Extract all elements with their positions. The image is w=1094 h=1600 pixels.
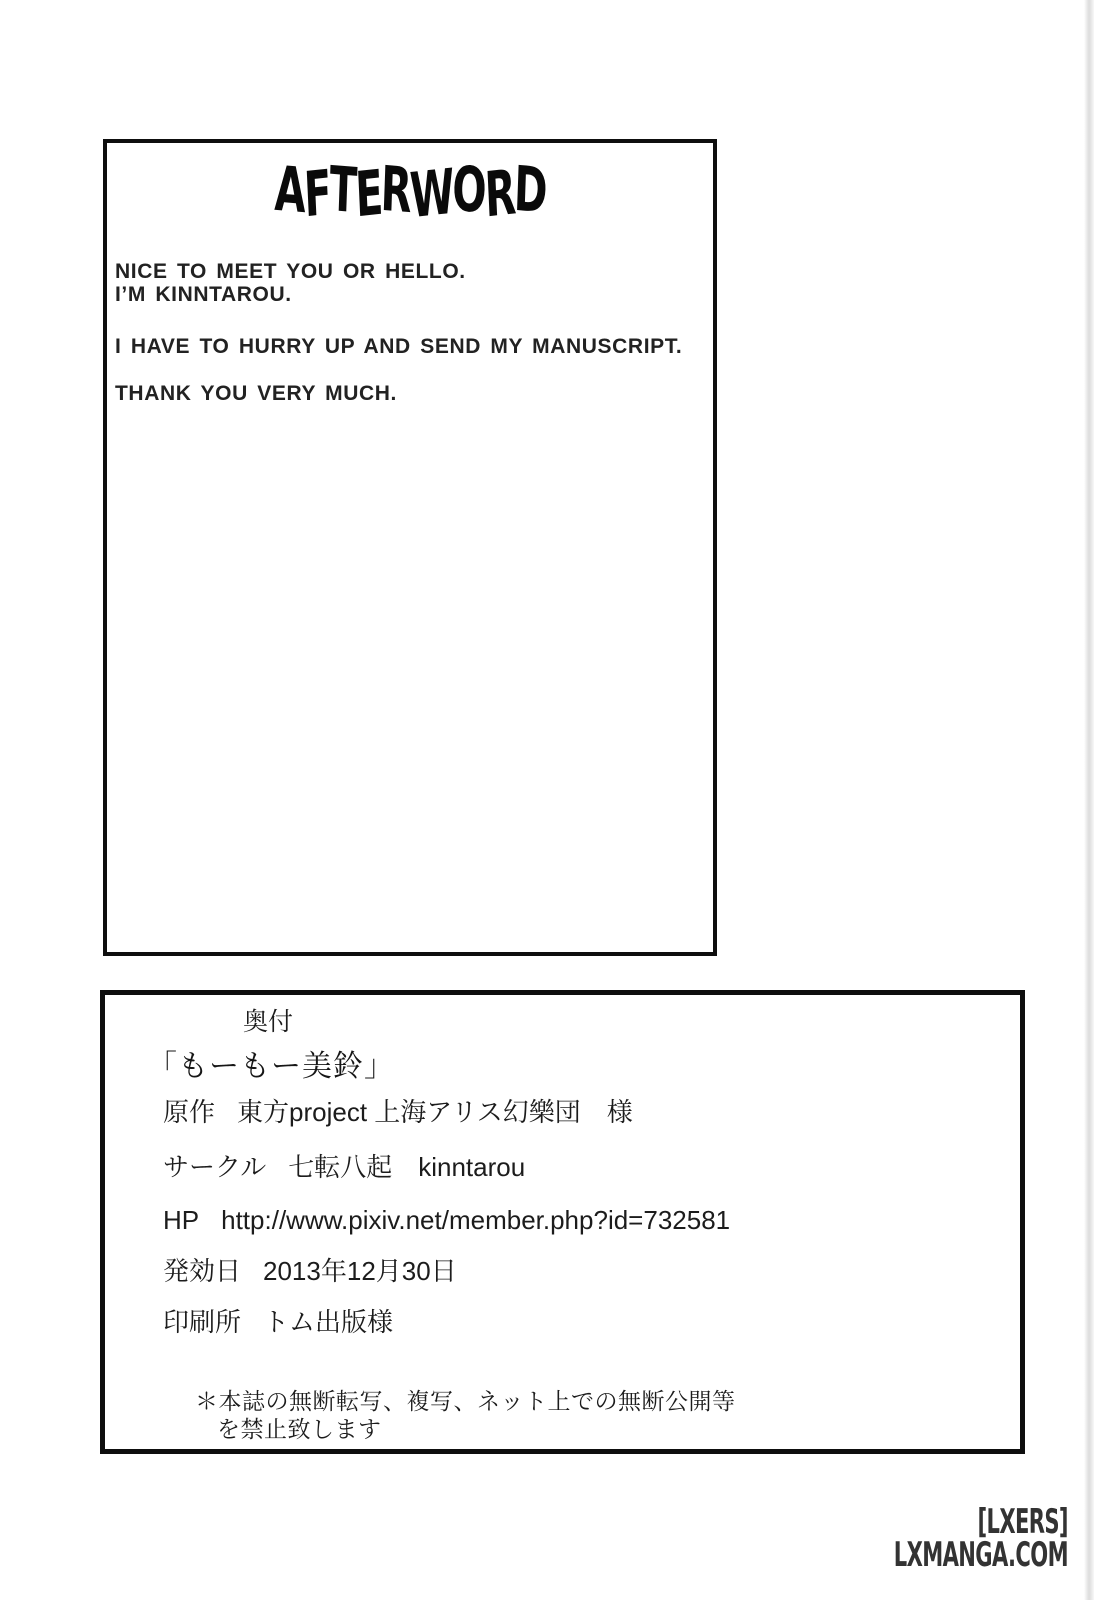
colophon-heading: 奥付	[243, 1007, 293, 1037]
afterword-text: NICE TO MEET YOU OR HELLO. I’M KINNTAROU…	[115, 260, 682, 405]
homepage-url: http://www.pixiv.net/member.php?id=73258…	[221, 1205, 730, 1235]
afterword-line-4: THANK YOU VERY MUCH.	[115, 382, 682, 405]
row-label: 原作	[163, 1097, 215, 1127]
colophon-row-printer: 印刷所 トム出版様	[163, 1307, 393, 1337]
afterword-line-3: I HAVE TO HURRY UP AND SEND MY MANUSCRIP…	[115, 335, 682, 358]
afterword-title: AFTERWORD	[213, 161, 607, 223]
watermark-site-name: LXMANGA.COM	[894, 1539, 1068, 1572]
row-value: 七転八起 kinntarou	[288, 1152, 525, 1182]
colophon-row-issue-date: 発効日 2013年12月30日	[163, 1256, 457, 1286]
afterword-line-1: NICE TO MEET YOU OR HELLO.	[115, 260, 682, 283]
colophon-row-homepage: HP http://www.pixiv.net/member.php?id=73…	[163, 1205, 730, 1235]
row-label: 印刷所	[163, 1307, 241, 1337]
row-label: サークル	[163, 1152, 266, 1182]
afterword-panel: AFTERWORD NICE TO MEET YOU OR HELLO. I’M…	[103, 139, 717, 956]
row-label: 発効日	[163, 1256, 241, 1286]
disclaimer-line-1: ＊本誌の無断転写、複写、ネット上での無断公開等	[195, 1387, 736, 1415]
row-value: 2013年12月30日	[263, 1256, 457, 1286]
doujin-title: 「もーもー美鈴」	[147, 1049, 395, 1085]
colophon-panel: 奥付 「もーもー美鈴」 原作 東方project 上海アリス幻樂団 様 サークル…	[100, 990, 1025, 1454]
disclaimer-line-2: を禁止致します	[217, 1415, 382, 1443]
colophon-row-original-work: 原作 東方project 上海アリス幻樂団 様	[163, 1097, 633, 1127]
row-value: トム出版様	[263, 1307, 393, 1337]
colophon-row-circle: サークル 七転八起 kinntarou	[163, 1152, 525, 1182]
site-watermark: [LXERS] LXMANGA.COM	[787, 1506, 1068, 1572]
scan-edge-artifact	[1084, 0, 1094, 1600]
scanned-page: AFTERWORD NICE TO MEET YOU OR HELLO. I’M…	[0, 0, 1094, 1600]
row-label: HP	[163, 1205, 199, 1235]
row-value: 東方project 上海アリス幻樂団 様	[237, 1097, 633, 1127]
afterword-line-2: I’M KINNTAROU.	[115, 283, 682, 306]
